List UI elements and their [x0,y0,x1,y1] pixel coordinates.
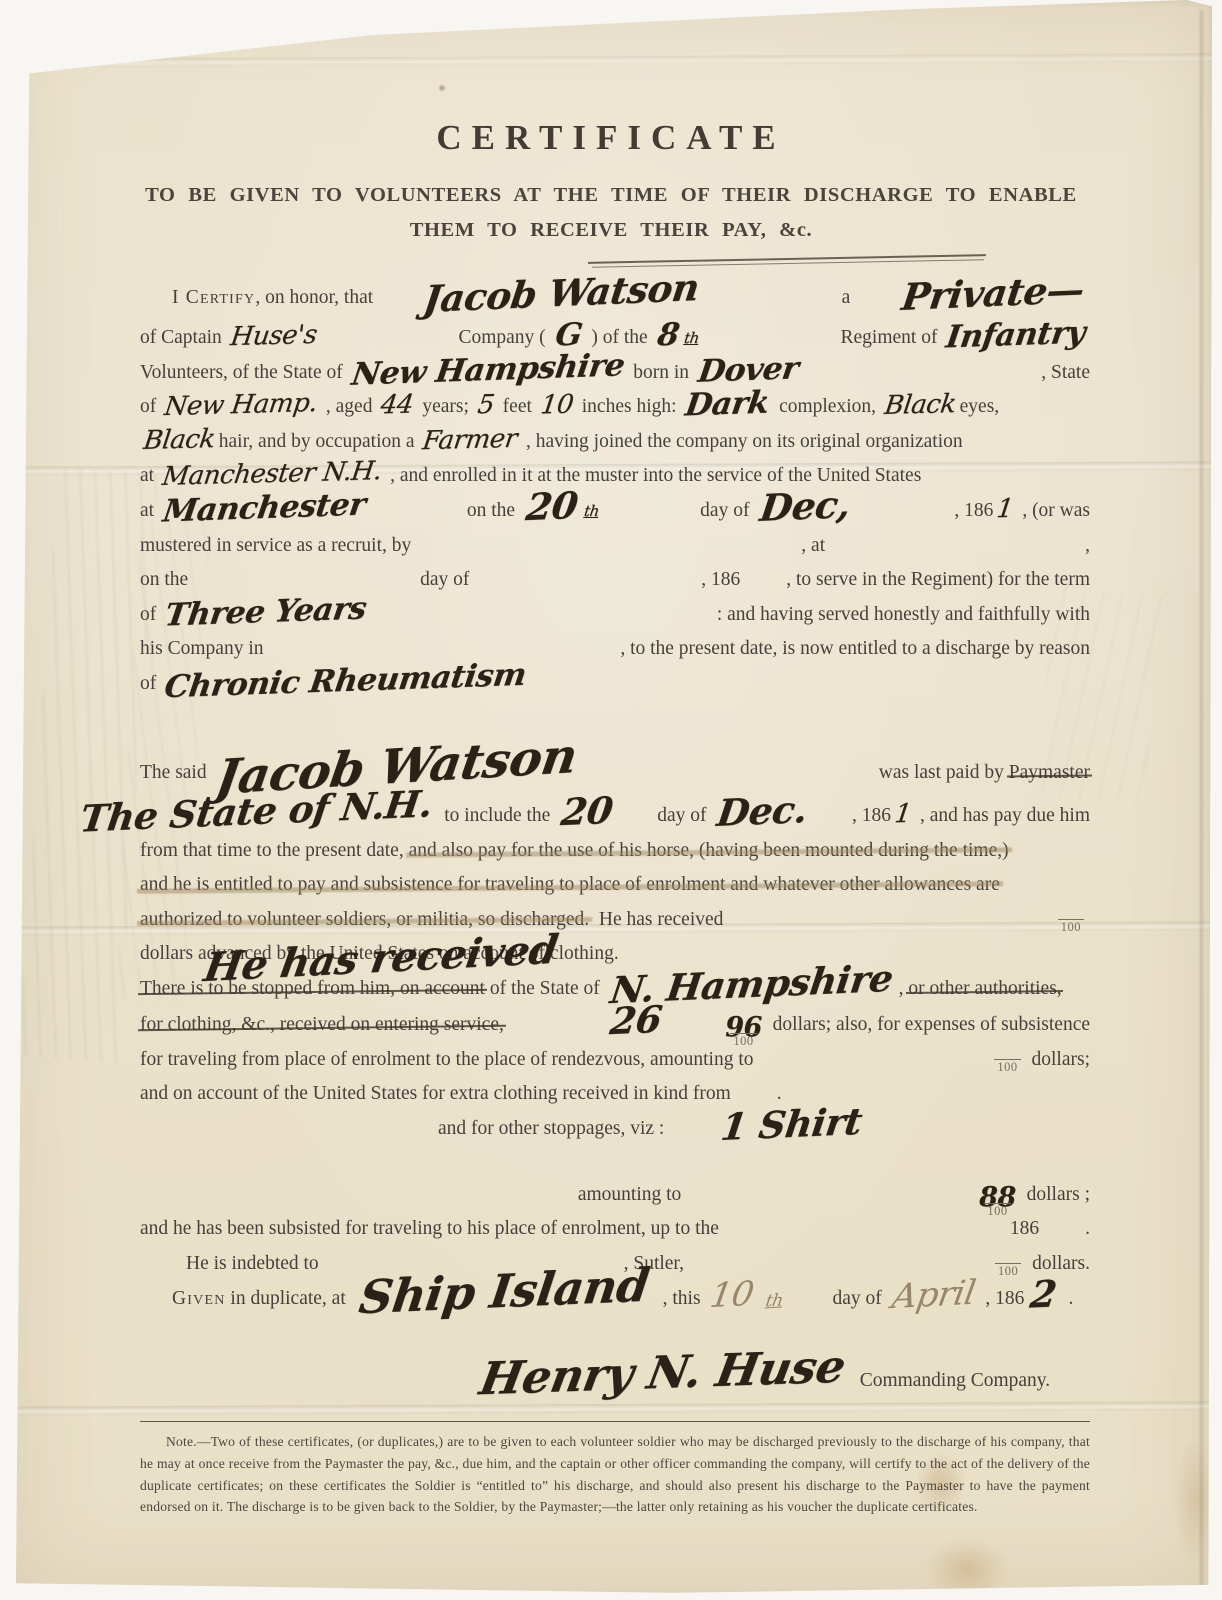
printed-text: , [1085,529,1090,564]
printed-text: , 186 [852,799,891,834]
handwritten-entry: Black [143,431,216,449]
handwritten-entry: 26 [610,1012,663,1029]
printed-text: and on account of the United States for … [140,1077,731,1112]
printed-text: amounting to [578,1178,681,1213]
handwritten-entry: The State of N.H. [79,796,433,826]
printed-text: , and has pay due him [915,799,1090,834]
handwritten-entry: G [554,327,582,344]
handwritten-entry: 8 [656,327,679,344]
printed-text: and for other stoppages, viz : [438,1112,669,1147]
printed-text: Volunteers, of the State of [140,356,348,391]
line-certify-line-10: of Three Years: and having served honest… [140,598,1090,633]
handwritten-entry: th [584,506,600,518]
paper-fold-crease [10,53,1212,67]
printed-text: eyes, [960,390,1000,425]
signature-handwritten-name: Henry N. Huse [479,1358,846,1389]
printed-text: complexion, [774,390,881,425]
printed-text: , having joined the company on its origi… [521,425,963,460]
printed-text: was last paid by [879,756,1009,791]
struck-text: Paymaster [1009,756,1090,791]
handwritten-entry: th [764,1296,783,1309]
printed-text: dollars; also, for expenses of subsisten… [768,1008,1090,1043]
paper-stain [1175,1440,1215,1560]
handwritten-entry: 1 Shirt [720,1114,862,1135]
line-certify-line-3: Volunteers, of the State of New Hampshir… [140,356,1090,391]
line-paid-line-5: authorized to volunteer soldiers, or mil… [140,903,1090,938]
handwritten-entry: Three Years [164,600,367,623]
handwritten-entry: Jacob Watson [216,749,578,785]
struck-text: and also pay for the use of his horse, (… [409,834,1009,869]
printed-text: Regiment of [841,321,943,356]
printed-text: day of [657,799,711,834]
handwritten-entry: Chronic Rheumatism [164,667,527,696]
struck-text: or other authorities, [908,972,1061,1007]
line-paid-line-3: from that time to the present date, and … [140,834,1090,869]
printed-text: , (or was [1017,494,1090,529]
line-certify-line-1: I Certify, on honor, thatJacob WatsonaPr… [140,281,1090,321]
handwritten-entry: Black [884,396,957,414]
printed-text: , 186 [701,563,740,598]
handwritten-entry: 10 [540,397,574,414]
handwritten-entry: Ship Island [358,1278,649,1305]
cents-fraction: 100 [995,1263,1021,1278]
printed-text: He is indebted to [186,1247,319,1282]
document-header: CERTIFICATE TO BE GIVEN TO VOLUNTEERS AT… [10,116,1212,248]
handwritten-entry: Jacob Watson [423,280,700,307]
printed-text: at [140,459,159,494]
handwritten-entry: 1 [894,806,912,822]
paper-stain [925,1538,1009,1600]
printed-text: mustered in service as a recruit, by [140,529,411,564]
line-given-line: Given in duplicate, at Ship Island , thi… [140,1281,1090,1323]
handwritten-entry: N. Hampshire [609,971,893,998]
printed-text: of the State of [485,972,605,1007]
handwritten-entry: New Hampshire [350,357,624,382]
printed-text: at [140,494,159,529]
printed-text: day of [420,563,469,598]
line-certify-line-12: of Chronic Rheumatism [140,667,1090,707]
printed-text: day of [700,494,754,529]
printed-text: , to the present date, is now entitled t… [620,632,1090,667]
printed-text: , at [801,529,825,564]
printed-text: hair, and by occupation a [219,425,420,460]
line-certify-line-8: mustered in service as a recruit, by, at… [140,529,1090,564]
printed-text: dollars; [1027,1043,1090,1078]
certificate-document-sheet: CERTIFICATE TO BE GIVEN TO VOLUNTEERS AT… [10,0,1212,1596]
handwritten-entry: Farmer [422,431,518,449]
printed-text: years; [417,390,473,425]
handwritten-entry: Dark [685,395,771,414]
printed-text: , on honor, that [255,281,373,316]
printed-text: , State [1041,356,1090,391]
printed-text: on the [140,563,188,598]
handwritten-entry: Private— [901,282,1085,305]
printed-text: from that time to the present date, [140,834,409,869]
handwritten-entry: New Hamp. [164,395,319,415]
struck-text: and he is entitled to pay and subsistenc… [140,868,1000,903]
printed-text: He has received [589,903,723,938]
handwritten-entry: 1 [996,501,1014,517]
line-stoppages-viz: and for other stoppages, viz : 1 Shirt [140,1112,1090,1152]
handwritten-cents: 96 [725,1024,762,1032]
handwritten-entry: 20 [561,803,614,820]
handwritten-entry: 20 [525,498,578,515]
handwritten-entry: Huse's [229,327,317,345]
line-stopped-line-4: and on account of the United States for … [140,1077,1090,1112]
cents-fraction: 100 [994,1059,1020,1074]
printed-text: , 186 [980,1282,1024,1317]
document-title: CERTIFICATE [10,116,1212,160]
printed-text: of [140,390,161,425]
printed-text: , this [658,1282,706,1317]
printed-text: feet [498,390,537,425]
printed-text: of [140,598,161,633]
handwritten-entry: th [683,333,699,345]
line-subsisted-line: and he has been subsisted for traveling … [140,1212,1090,1247]
line-paid-line-2: The State of N.H. to include the 20day o… [140,799,1090,834]
line-stopped-line-2: for clothing, &c., received on entering … [140,1008,1090,1043]
line-certify-line-7: at Manchesteron the 20thday of Dec,, 186… [140,494,1090,529]
printed-text: of [140,667,161,702]
document-body: I Certify, on honor, thatJacob WatsonaPr… [140,281,1090,1531]
printed-text: , 186 [954,494,993,529]
printed-text: born in [628,356,694,391]
handwritten-entry: April [891,1286,976,1305]
printed-text: dollars ; [1022,1178,1090,1213]
handwritten-entry: Manchester N.H. [161,464,382,486]
printed-text: to include the [439,799,555,834]
printed-text: for traveling from place of enrolment to… [140,1043,754,1078]
fraction-denominator: 100 [994,1059,1020,1074]
printed-text: : and having served honestly and faithfu… [717,598,1090,633]
handwritten-entry: Manchester [162,496,366,519]
cents-fraction: 100 [1058,919,1084,934]
struck-text: for clothing, &c., received on entering … [140,1008,504,1043]
signature-line: Henry N. Huse Commanding Company. [140,1359,1090,1403]
printed-text: and he has been subsisted for traveling … [140,1212,719,1247]
handwritten-entry: 2 [1030,1287,1057,1303]
document-subtitle-line1: TO BE GIVEN TO VOLUNTEERS AT THE TIME OF… [10,178,1212,213]
line-paid-line-4: and he is entitled to pay and subsistenc… [140,868,1090,903]
handwritten-entry: Infantry [946,325,1087,346]
printed-text: 186 [1010,1212,1039,1247]
handwritten-entry: 10 [710,1287,755,1304]
document-subtitle-line2: THEM TO RECEIVE THEIR PAY, &c. [10,213,1212,248]
printed-text: Given [172,1282,226,1317]
printed-text: his Company in [140,632,264,667]
fraction-denominator: 100 [1058,919,1084,934]
document-body-lines: I Certify, on honor, thatJacob WatsonaPr… [140,281,1090,1323]
line-certify-line-11: his Company in, to the present date, is … [140,632,1090,667]
printed-text: day of [832,1282,886,1317]
handwritten-entry: 5 [477,397,495,413]
handwritten-entry: Dover [697,360,799,379]
handwritten-entry: He has received [203,943,558,975]
printed-text: a [842,281,851,316]
line-amounting-line: amounting to88100 dollars ; [140,1178,1090,1213]
line-stopped-line-3: for traveling from place of enrolment to… [140,1043,1090,1078]
printed-text: , to serve in the Regiment) for the term [786,563,1090,598]
signature-printed-role: Commanding Company. [860,1359,1050,1403]
handwritten-entry: 44 [380,397,414,414]
printed-text: The said [140,756,211,791]
printed-text: , aged [321,390,377,425]
handwritten-entry: Dec, [760,497,852,516]
line-certify-line-5: Blackhair, and by occupation a Farmer , … [140,425,1090,460]
printed-text: in duplicate, at [226,1282,351,1317]
handwritten-entry: Dec. [717,802,809,821]
printed-text: . [1064,1282,1074,1317]
printed-text: of Captain [140,321,227,356]
printed-text: inches high: [577,390,682,425]
printed-text: I Certify [172,281,255,316]
handwritten-cents: 88 [979,1194,1016,1202]
footnote-text: Note.—Two of these certificates, (or dup… [140,1431,1090,1517]
printed-text: on the [467,494,520,529]
line-certify-line-4: of New Hamp. , aged 44 years; 5 feet 10 … [140,390,1090,425]
printed-text: , [899,972,909,1007]
fraction-denominator: 100 [995,1263,1021,1278]
paper-stain [438,84,446,92]
printed-text: . [1085,1212,1090,1247]
footnote-divider [140,1421,1090,1422]
